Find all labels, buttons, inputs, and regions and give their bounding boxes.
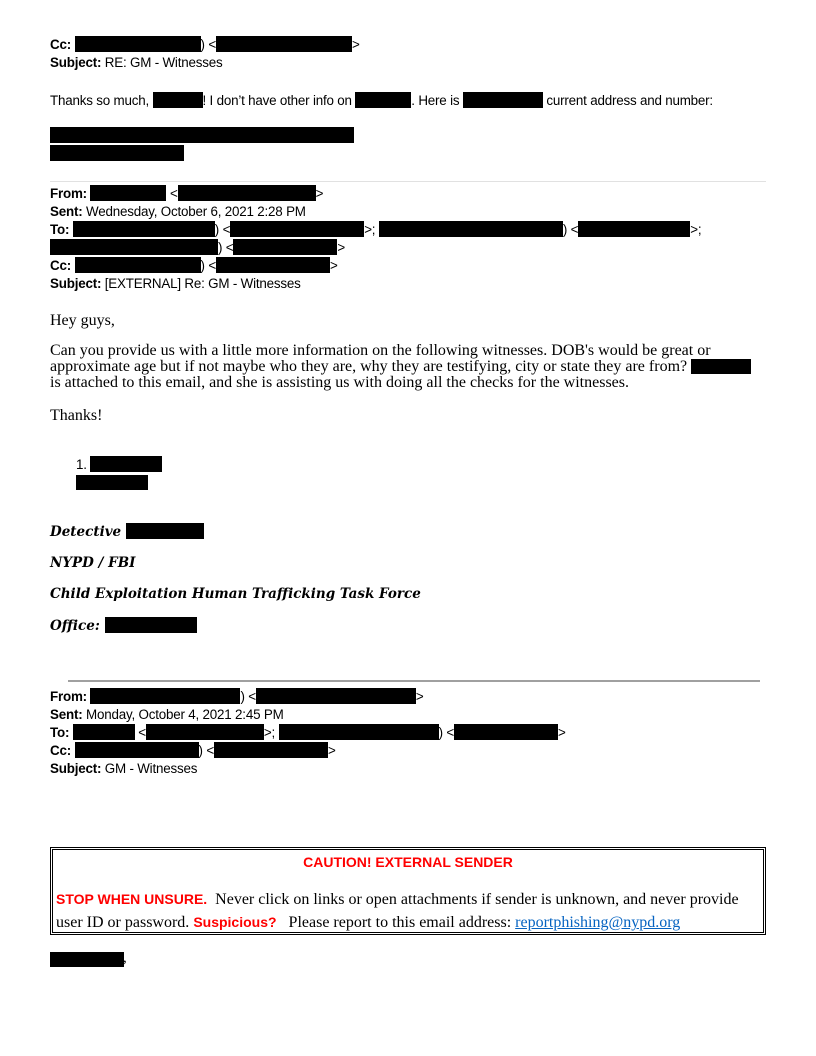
- redacted-recipient-email: [146, 724, 264, 740]
- greeting: Hey guys,: [50, 312, 115, 330]
- subject-line: Subject: GM - Witnesses: [50, 760, 197, 778]
- thanks: Thanks!: [50, 407, 102, 425]
- cc-line: Cc: ) <>: [50, 742, 336, 760]
- subject-text: RE: GM - Witnesses: [105, 55, 223, 70]
- sent-line: Sent: Monday, October 4, 2021 2:45 PM: [50, 706, 284, 724]
- redacted-sender-name: [90, 688, 240, 704]
- redacted-phone: [50, 145, 184, 161]
- redacted-name: [691, 359, 751, 374]
- to-line-cont: ) <>: [50, 239, 345, 257]
- subject-line: Subject: [EXTERNAL] Re: GM - Witnesses: [50, 275, 301, 293]
- redacted-name: [153, 92, 203, 108]
- redacted-address: [50, 127, 354, 143]
- sent-timestamp: Monday, October 4, 2021 2:45 PM: [86, 707, 284, 722]
- redacted-recipient-email: [454, 724, 558, 740]
- redacted-name: [355, 92, 411, 108]
- sent-line: Sent: Wednesday, October 6, 2021 2:28 PM: [50, 203, 306, 221]
- redacted-recipient-email: [578, 221, 690, 237]
- to-line: To: <>; ) <>: [50, 724, 566, 742]
- subject-text: GM - Witnesses: [105, 761, 197, 776]
- signature-org: NYPD / FBI: [50, 555, 135, 571]
- redacted-witness: [90, 456, 162, 472]
- report-phishing-link[interactable]: reportphishing@nypd.org: [515, 914, 680, 931]
- caution-text: STOP WHEN UNSURE. Never click on links o…: [56, 888, 739, 934]
- redacted-cc-email: [216, 36, 352, 52]
- subject-text: [EXTERNAL] Re: GM - Witnesses: [105, 276, 301, 291]
- redacted-sender-email: [256, 688, 416, 704]
- sent-timestamp: Wednesday, October 6, 2021 2:28 PM: [86, 204, 306, 219]
- external-sender-warning: CAUTION! EXTERNAL SENDER STOP WHEN UNSUR…: [50, 847, 766, 935]
- top-cc-line: Cc: ) <>: [50, 36, 360, 54]
- redacted-recipient-name: [50, 239, 218, 255]
- top-body-line: Thanks so much, ! I don’t have other inf…: [50, 92, 713, 110]
- redacted-greeting: [50, 952, 124, 967]
- from-line: From: <>: [50, 185, 323, 203]
- subject-label: Subject:: [50, 55, 101, 70]
- redacted-recipient-name: [379, 221, 563, 237]
- top-subject-line: Subject: RE: GM - Witnesses: [50, 54, 222, 72]
- redacted-witness: [76, 475, 148, 490]
- message-separator: [68, 680, 760, 682]
- message-separator: [50, 181, 766, 182]
- redacted-recipient-name: [279, 724, 439, 740]
- redacted-recipient-name: [73, 724, 135, 740]
- from-line: From: ) <>: [50, 688, 424, 706]
- redacted-recipient-email: [233, 239, 337, 255]
- redacted-recipient-name: [73, 221, 215, 237]
- to-line: To: ) <>; ) <>;: [50, 221, 701, 239]
- greeting-comma: ,: [123, 950, 127, 967]
- cc-line: Cc: ) <>: [50, 257, 338, 275]
- cc-label: Cc:: [50, 37, 71, 52]
- caution-title: CAUTION! EXTERNAL SENDER: [53, 854, 763, 870]
- signature-office: Office:: [50, 617, 197, 634]
- signature-title: Detective: [50, 523, 204, 540]
- redacted-name: [463, 92, 543, 108]
- witness-list-item: 1.: [76, 456, 162, 472]
- redacted-sender-name: [90, 185, 166, 201]
- signature-unit: Child Exploitation Human Trafficking Tas…: [50, 586, 421, 602]
- redacted-cc-email: [214, 742, 328, 758]
- redacted-sender-email: [178, 185, 316, 201]
- redacted-cc-name: [75, 742, 199, 758]
- redacted-detective-name: [126, 523, 204, 539]
- redacted-cc-name: [75, 257, 201, 273]
- redacted-recipient-email: [230, 221, 364, 237]
- stop-label: STOP WHEN UNSURE.: [56, 891, 207, 907]
- body-paragraph: Can you provide us with a little more in…: [50, 343, 751, 391]
- redacted-cc-email: [216, 257, 330, 273]
- suspicious-label: Suspicious?: [193, 914, 276, 930]
- redacted-cc-name: [75, 36, 201, 52]
- redacted-office-phone: [105, 617, 197, 633]
